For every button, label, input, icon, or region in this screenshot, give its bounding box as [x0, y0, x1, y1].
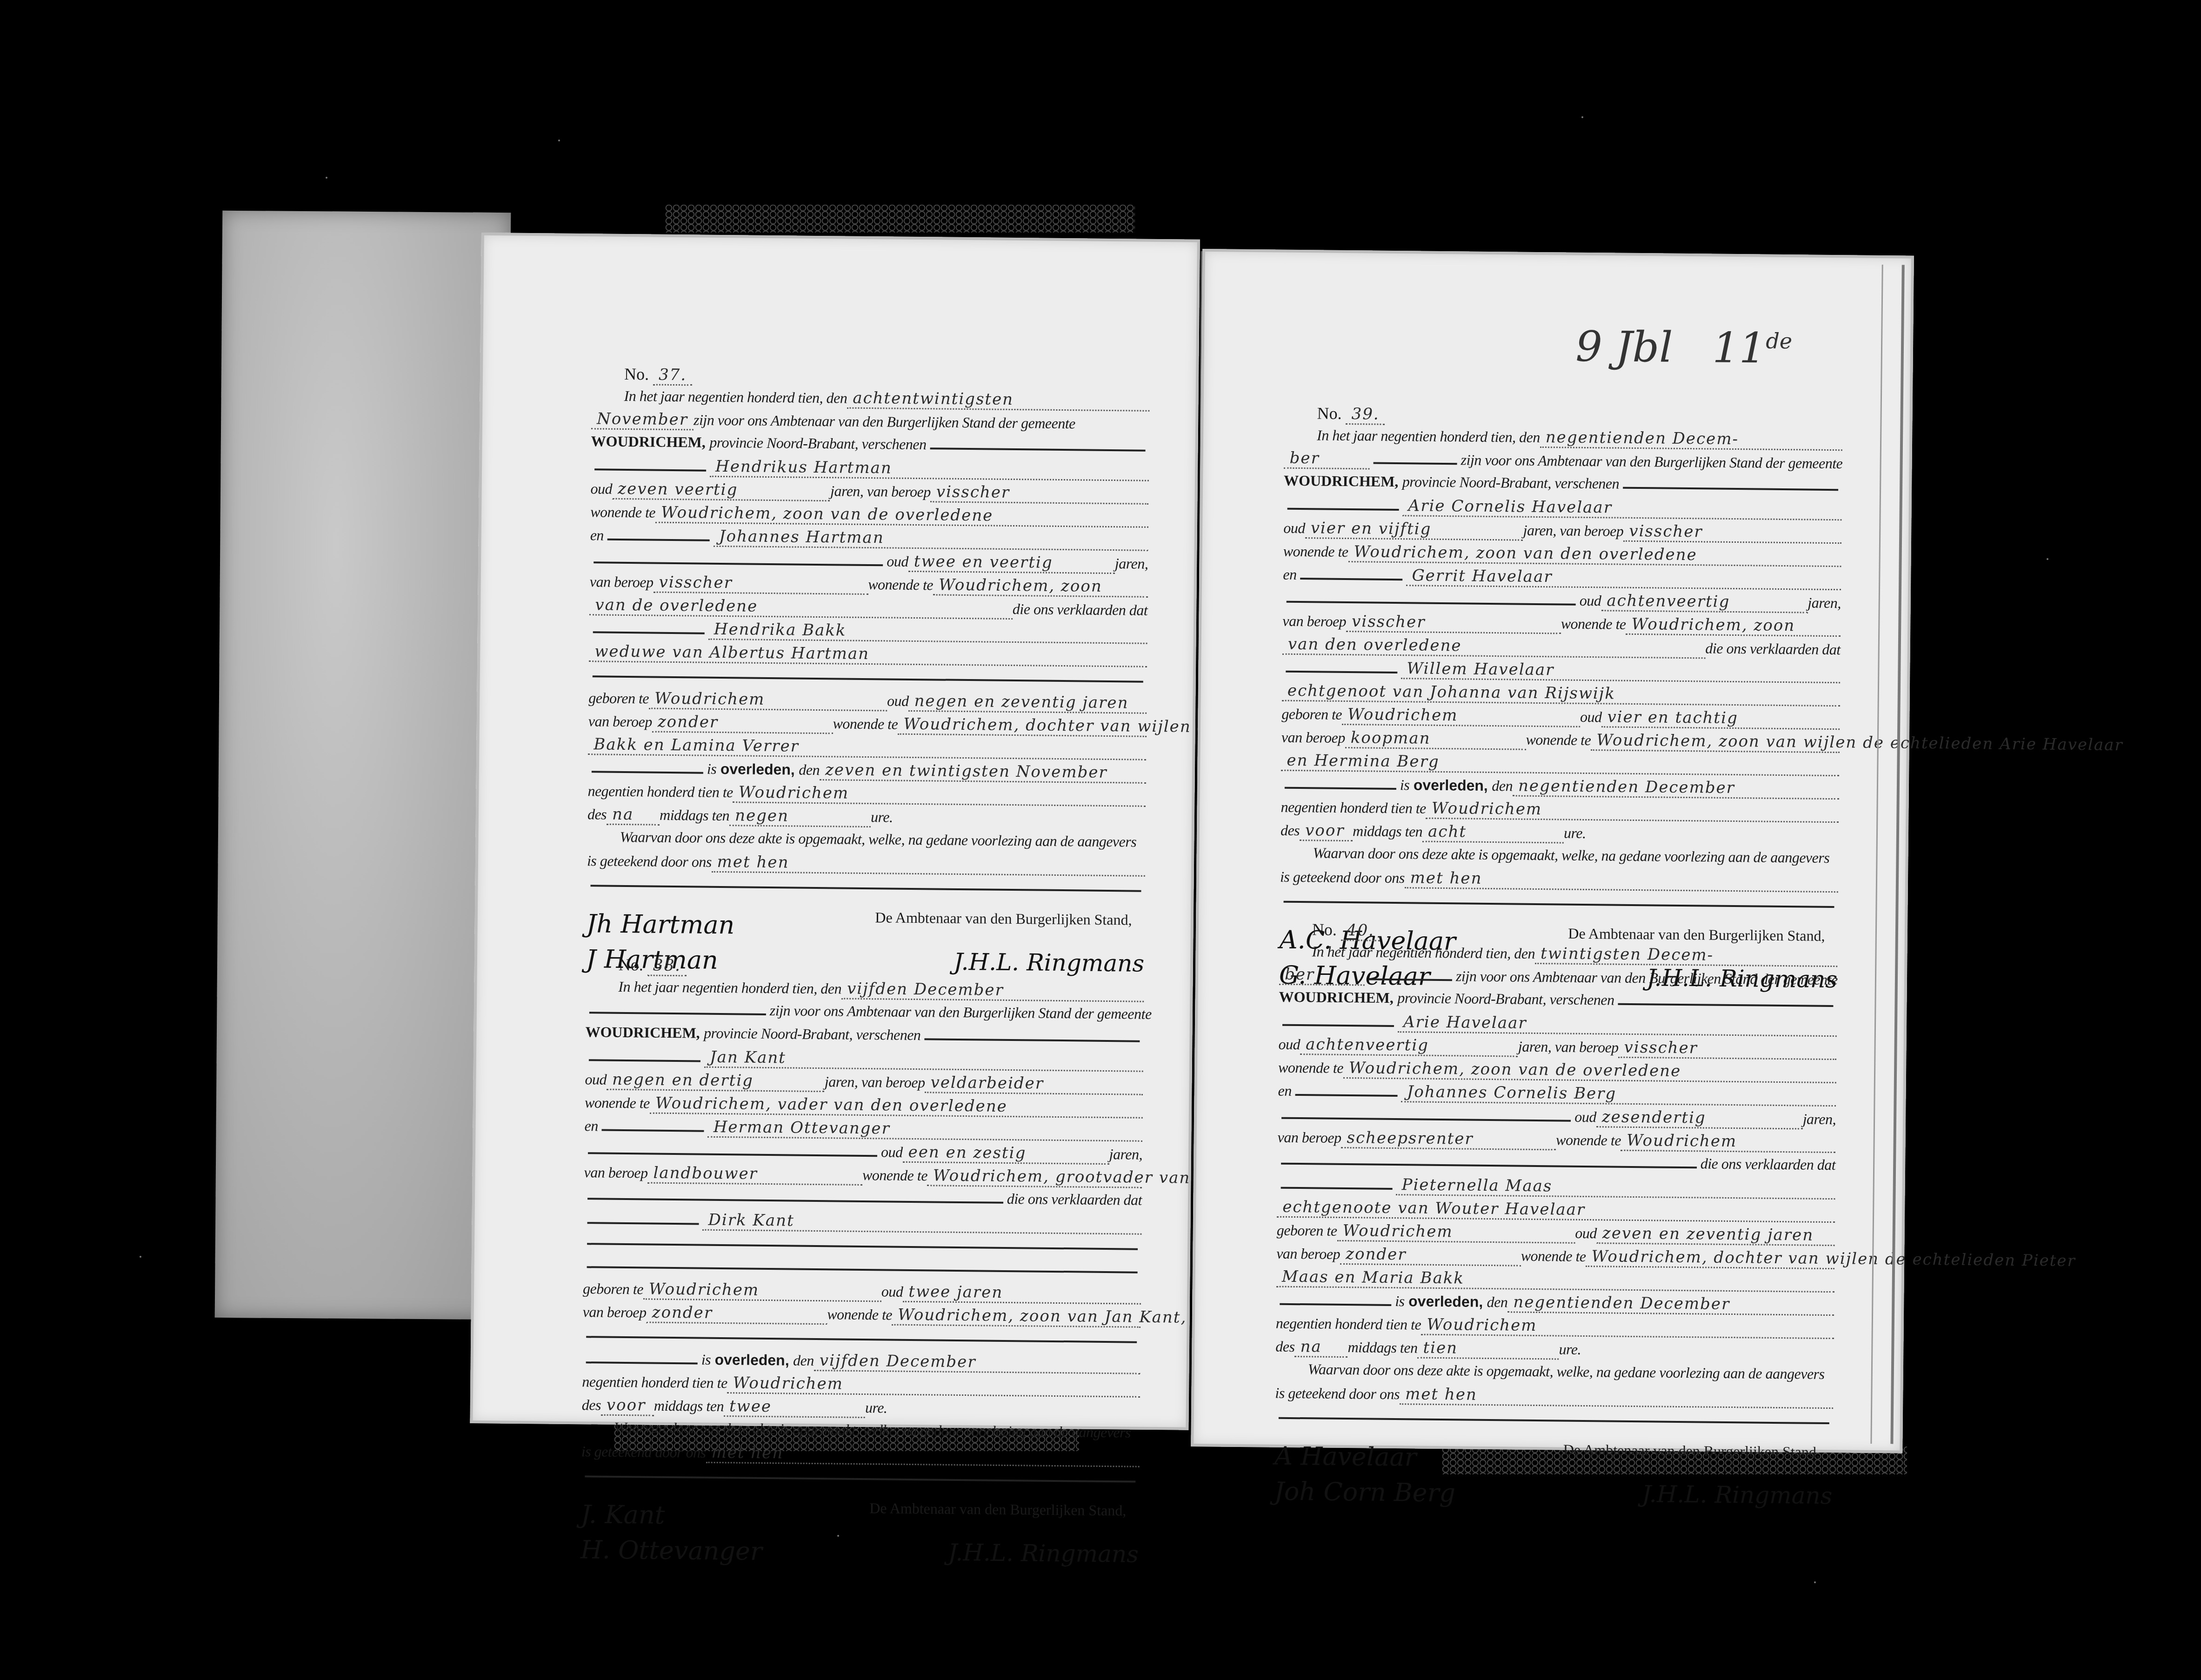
- form-text: wonende te: [1283, 543, 1348, 560]
- film-speck: [326, 177, 327, 179]
- form-text: oud: [1278, 1036, 1300, 1053]
- record-40: No. 40. In het jaar negentien honderd ti…: [1274, 920, 1838, 1514]
- form-text: van beroep: [1277, 1129, 1341, 1147]
- form-text: die ons verklaarden dat: [1705, 640, 1841, 658]
- declarant2-name: Herman Ottevanger: [708, 1118, 1143, 1142]
- form-text: zijn voor ons Ambtenaar van den Burgerli…: [1456, 967, 1838, 988]
- record-date: twintigsten Decem-: [1535, 944, 1838, 967]
- declarant2-age: zesendertig: [1596, 1107, 1803, 1129]
- form-text: den: [793, 1352, 814, 1369]
- film-speck: [140, 1256, 141, 1258]
- declarant1-residence: Woudrichem, vader van den overledene: [650, 1094, 1143, 1119]
- declarant2-age: een en zestig: [902, 1143, 1109, 1165]
- form-text: den: [1487, 1293, 1508, 1311]
- intro-text: In het jaar negentien honderd tien, den: [618, 978, 841, 998]
- intro-text: In het jaar negentien honderd tien, den: [624, 387, 847, 407]
- form-text: van beroep: [584, 1164, 647, 1181]
- overleden-label: overleden,: [720, 760, 795, 779]
- form-text: ure.: [871, 808, 893, 826]
- form-text: en: [584, 1117, 598, 1134]
- declarant2-residence: Woudrichem, zoon: [933, 575, 1148, 597]
- form-text: zijn voor ons Ambtenaar van den Burgerli…: [694, 411, 1075, 432]
- form-text: provincie Noord-Brabant, verschenen: [1397, 989, 1614, 1008]
- form-text: oud: [887, 692, 909, 709]
- declarant1-signature: A Havelaar: [1274, 1439, 1456, 1475]
- form-text: en: [1283, 566, 1297, 583]
- margin-annotation: 9 Jbl 11de: [1575, 322, 1792, 373]
- form-text: is: [707, 760, 717, 778]
- form-text: geboren te: [1281, 706, 1342, 723]
- deceased-birthplace: Woudrichem: [1342, 705, 1580, 727]
- form-text: des: [587, 806, 607, 823]
- form-text: van beroep: [1276, 1245, 1340, 1263]
- declarant2-signature: Joh Corn Berg: [1274, 1473, 1455, 1510]
- deceased-birthplace: Woudrichem: [649, 689, 887, 712]
- form-text: provincie Noord-Brabant, verschenen: [1402, 473, 1620, 492]
- form-text: is geteekend door ons: [1275, 1385, 1400, 1403]
- municipality: WOUDRICHEM,: [1279, 988, 1394, 1007]
- declarant2-occupation: landbouwer: [647, 1164, 862, 1186]
- time-prefix: voor: [1300, 821, 1353, 841]
- declarant1-age: negen en dertig: [607, 1070, 825, 1092]
- form-text: ure.: [865, 1399, 887, 1416]
- form-text: wonende te: [1521, 1247, 1586, 1265]
- time-prefix: na: [1294, 1337, 1347, 1358]
- deceased-name: Willem Havelaar: [1401, 659, 1840, 683]
- form-text: van beroep: [590, 573, 654, 591]
- form-text: is geteekend door ons: [587, 852, 712, 871]
- signed-with: met hen: [711, 853, 1145, 877]
- deceased-occupation: zonder: [646, 1303, 827, 1325]
- form-text: en: [1278, 1082, 1292, 1100]
- intro-text: In het jaar negentien honderd tien, den: [1312, 943, 1535, 962]
- declarant1-residence: Woudrichem, zoon van den overledene: [1348, 542, 1841, 567]
- death-place: Woudrichem: [733, 783, 1146, 807]
- form-text: wonende te: [590, 503, 655, 521]
- record-no-label: No.: [1312, 920, 1337, 939]
- deceased-age: twee jaren: [903, 1282, 1141, 1305]
- record-date-cont: ber: [1279, 965, 1365, 986]
- form-text: is: [1395, 1293, 1405, 1310]
- form-text: jaren, van beroep: [825, 1073, 925, 1091]
- deceased-residence: Woudrichem, zoon van wijlen de echtelied…: [1591, 731, 1840, 753]
- form-text: oud: [1580, 592, 1601, 609]
- death-hour: tien: [1417, 1339, 1559, 1360]
- declarant1-residence: Woudrichem, zoon van de overledene: [655, 503, 1149, 528]
- death-hour: negen: [729, 806, 871, 827]
- form-text: en: [590, 527, 604, 544]
- declarant2-age: twee en veertig: [908, 552, 1115, 574]
- municipality: WOUDRICHEM,: [591, 433, 706, 451]
- form-text: oud: [1575, 1225, 1597, 1242]
- deceased-residence: Woudrichem, dochter van wijlen de echtel…: [898, 715, 1147, 737]
- form-text: is geteekend door ons: [581, 1443, 706, 1461]
- form-text: geboren te: [588, 689, 649, 707]
- record-date: negentienden Decem-: [1540, 428, 1843, 451]
- municipality: WOUDRICHEM,: [585, 1023, 700, 1041]
- death-place: Woudrichem: [727, 1373, 1141, 1398]
- declarant1-signature: Jh Hartman: [586, 906, 734, 943]
- form-text: wonende te: [1526, 731, 1591, 749]
- left-page: No. 37. In het jaar negentien honderd ti…: [470, 233, 1200, 1430]
- record-date-cont: ber: [1284, 449, 1369, 470]
- form-text: des: [1281, 822, 1300, 839]
- record-number: 39.: [1346, 405, 1385, 425]
- record-no-label: No.: [1317, 404, 1341, 423]
- declarant2-residence: Woudrichem: [1621, 1131, 1836, 1153]
- declarant1-name: Jan Kant: [704, 1048, 1143, 1072]
- record-number: 37.: [653, 366, 692, 386]
- signed-with: met hen: [1404, 868, 1838, 893]
- form-text: oud: [1580, 708, 1602, 726]
- form-text: ure.: [1559, 1340, 1581, 1358]
- declarant1-residence: Woudrichem, zoon van de overledene: [1343, 1059, 1837, 1083]
- form-text: oud: [881, 1143, 903, 1160]
- film-speck: [1814, 1581, 1816, 1583]
- right-page: 9 Jbl 11de No. 39. In het jaar negentien…: [1191, 249, 1914, 1453]
- deceased-age: vier en tachtig: [1601, 707, 1840, 730]
- form-text: des: [1275, 1338, 1295, 1355]
- form-text: middags ten: [1347, 1339, 1417, 1356]
- form-text: wonende te: [1278, 1059, 1343, 1077]
- form-text: middags ten: [660, 807, 729, 824]
- deceased-name: Hendrika Bakk: [708, 620, 1147, 644]
- form-text: is: [1400, 776, 1410, 793]
- form-text: jaren, van beroep: [1518, 1038, 1619, 1056]
- form-text: negentien honderd tien te: [582, 1373, 727, 1392]
- form-text: jaren, van beroep: [1523, 522, 1623, 540]
- official-signature: J.H.L. Ringmans: [1642, 1478, 1833, 1512]
- deceased-name: Pieternella Maas: [1396, 1175, 1835, 1200]
- form-text: oud: [881, 1283, 903, 1300]
- municipality: WOUDRICHEM,: [1284, 472, 1399, 490]
- form-text: is geteekend door ons: [1280, 868, 1405, 887]
- film-speck: [558, 140, 560, 141]
- form-text: van beroep: [588, 713, 652, 730]
- record-date: achtentwintigsten: [847, 389, 1150, 412]
- official-signature: J.H.L. Ringmans: [948, 1536, 1139, 1571]
- declarant2-name: Gerrit Havelaar: [1406, 566, 1841, 590]
- form-text: ure.: [1564, 825, 1586, 842]
- deceased-residence: Woudrichem, zoon van Jan Kant, gemeld en…: [892, 1306, 1141, 1328]
- record-39: No. 39. In het jaar negentien honderd ti…: [1279, 403, 1843, 998]
- declarant1-name: Arie Havelaar: [1398, 1013, 1837, 1037]
- death-place: Woudrichem: [1426, 799, 1839, 823]
- form-text: des: [582, 1396, 601, 1413]
- record-37: No. 37. In het jaar negentien honderd ti…: [586, 364, 1150, 982]
- record-no-label: No.: [624, 365, 649, 384]
- record-38: No. 38. In het jaar negentien honderd ti…: [580, 954, 1144, 1573]
- form-text: oud: [591, 480, 613, 497]
- declarant2-occupation: visscher: [653, 573, 868, 595]
- form-text: middags ten: [654, 1397, 724, 1415]
- form-text: middags ten: [1353, 822, 1422, 840]
- deceased-birthplace: Woudrichem: [643, 1280, 881, 1302]
- form-text: wonende te: [1561, 615, 1626, 633]
- film-speck: [1581, 116, 1583, 118]
- death-date: vijfden December: [814, 1351, 1141, 1374]
- form-text: provincie Noord-Brabant, verschenen: [709, 434, 927, 453]
- form-text: van beroep: [1281, 729, 1345, 747]
- form-text: die ons verklaarden dat: [1013, 600, 1148, 619]
- time-prefix: voor: [601, 1396, 654, 1416]
- declarant1-age: vier en vijftig: [1305, 519, 1523, 540]
- overleden-label: overleden,: [714, 1351, 789, 1369]
- form-text: den: [799, 761, 820, 779]
- film-speck: [2047, 558, 2048, 560]
- official-title: De Ambtenaar van den Burgerlijken Stand,: [1563, 1441, 1833, 1461]
- declarant1-signature: J. Kant: [580, 1497, 763, 1533]
- form-text: zijn voor ons Ambtenaar van den Burgerli…: [770, 1002, 1152, 1023]
- form-text: jaren,: [1803, 1110, 1836, 1128]
- form-text: wonende te: [585, 1094, 650, 1112]
- form-text: die ons verklaarden dat: [1007, 1190, 1142, 1209]
- declarant2-name: Johannes Cornelis Berg: [1401, 1082, 1836, 1107]
- deceased-occupation: zonder: [652, 713, 833, 734]
- declarant1-occupation: veldarbeider: [925, 1073, 1143, 1095]
- form-text: jaren,: [1109, 1146, 1143, 1163]
- official-title: De Ambtenaar van den Burgerlijken Stand,: [875, 909, 1145, 929]
- death-date: negentienden December: [1507, 1293, 1834, 1316]
- declarant2-relation: van den overledene: [1282, 635, 1706, 659]
- declarant2-signature: H. Ottevanger: [580, 1532, 762, 1569]
- form-text: wonende te: [868, 576, 933, 593]
- declarant2-occupation: scheepsrenter: [1341, 1128, 1556, 1150]
- record-number: 38.: [647, 956, 687, 976]
- declarant1-age: achtenveertig: [1300, 1035, 1518, 1057]
- death-date: negentienden December: [1513, 776, 1839, 800]
- declarant2-age: achtenveertig: [1601, 591, 1807, 613]
- record-no-label: No.: [619, 955, 643, 974]
- time-prefix: na: [607, 805, 660, 826]
- declarant2-occupation: visscher: [1346, 612, 1561, 634]
- death-place: Woudrichem: [1421, 1315, 1834, 1340]
- form-text: die ons verklaarden dat: [1701, 1155, 1836, 1173]
- death-hour: acht: [1422, 822, 1564, 844]
- form-text: wonende te: [862, 1167, 927, 1184]
- form-text: oud: [1283, 520, 1305, 537]
- declarant2-residence: Woudrichem, zoon: [1626, 615, 1841, 637]
- form-text: van beroep: [1282, 613, 1346, 630]
- death-date: zeven en twintigsten November: [820, 760, 1146, 784]
- form-text: negentien honderd tien te: [587, 782, 733, 801]
- signed-with: met hen: [706, 1443, 1140, 1467]
- form-text: geboren te: [583, 1280, 643, 1298]
- overleden-label: overleden,: [1414, 776, 1488, 794]
- form-text: wonende te: [827, 1306, 892, 1323]
- deceased-occupation: zonder: [1340, 1245, 1521, 1267]
- declarant1-occupation: visscher: [1618, 1038, 1836, 1060]
- deceased-occupation: koopman: [1345, 728, 1526, 750]
- form-text: negentien honderd tien te: [1276, 1315, 1421, 1333]
- declarant1-name: Arie Cornelis Havelaar: [1402, 496, 1841, 520]
- intro-text: In het jaar negentien honderd tien, den: [1317, 427, 1540, 446]
- form-text: negentien honderd tien te: [1281, 799, 1426, 817]
- deceased-residence: Woudrichem, dochter van wijlen de echtel…: [1586, 1247, 1834, 1269]
- form-text: oud: [1574, 1108, 1596, 1126]
- official-title: De Ambtenaar van den Burgerlijken Stand,: [869, 1500, 1139, 1520]
- form-text: van beroep: [583, 1303, 647, 1321]
- declarant1-name: Hendrikus Hartman: [710, 457, 1149, 481]
- declarant1-occupation: visscher: [1623, 522, 1841, 544]
- declarant1-age: zeven veertig: [612, 480, 830, 501]
- form-text: wonende te: [1556, 1131, 1621, 1149]
- deceased-name: Dirk Kant: [702, 1211, 1141, 1235]
- form-text: zijn voor ons Ambtenaar van den Burgerli…: [1461, 451, 1842, 472]
- declarant2-residence: Woudrichem, grootvader van den overleden…: [927, 1166, 1142, 1188]
- form-text: jaren,: [1115, 555, 1148, 573]
- record-date: vijfden December: [841, 980, 1144, 1002]
- record-date-cont: November: [591, 409, 694, 430]
- form-text: provincie Noord-Brabant, verschenen: [704, 1025, 921, 1044]
- signed-with: met hen: [1400, 1385, 1834, 1409]
- deceased-age: zeven en zeventig jaren: [1597, 1224, 1835, 1246]
- form-text: wonende te: [833, 715, 898, 733]
- record-number: 40.: [1341, 921, 1380, 941]
- form-text: jaren, van beroep: [830, 482, 931, 500]
- deceased-birthplace: Woudrichem: [1337, 1221, 1575, 1244]
- lace-background-strip: [665, 205, 1135, 233]
- form-text: is: [701, 1351, 711, 1368]
- book-cover-flap: [215, 211, 511, 1320]
- form-text: oud: [585, 1071, 607, 1088]
- declarant1-occupation: visscher: [931, 482, 1149, 504]
- form-text: geboren te: [1277, 1222, 1337, 1240]
- form-text: oud: [887, 553, 908, 570]
- overleden-label: overleden,: [1408, 1293, 1483, 1311]
- form-text: jaren,: [1807, 594, 1841, 612]
- form-text: den: [1492, 777, 1513, 794]
- declarant2-name: Johannes Hartman: [714, 527, 1148, 551]
- deceased-age: negen en zeventig jaren: [908, 692, 1147, 714]
- death-hour: twee: [724, 1397, 865, 1418]
- declarant2-relation: van de overledene: [589, 595, 1013, 620]
